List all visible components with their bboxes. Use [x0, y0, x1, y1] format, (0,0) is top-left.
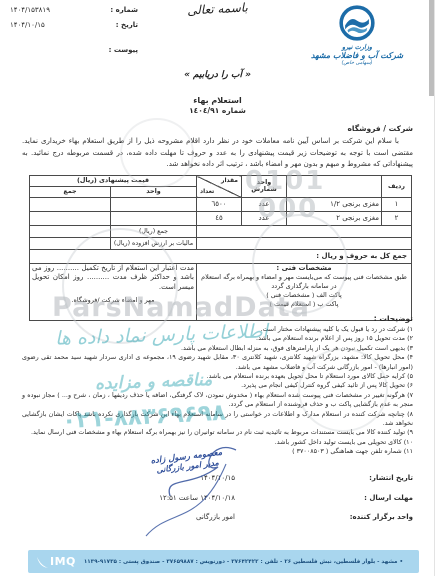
sum-row: جمع (ریال)	[29, 225, 411, 237]
header-price-total: جمع	[29, 187, 110, 198]
publish-date-label: تاریخ انتشار:	[235, 474, 413, 482]
note-item: ۶) تحویل کالا پس از تائید کیفی گروه کنتر…	[22, 381, 413, 390]
table-header-row-1: ردیف واحد شمارش مقدار تعداد قیمت پیشنهاد…	[29, 176, 411, 187]
header-quantity-diagonal: مقدار تعداد	[197, 176, 242, 198]
row-item-desc: مغزی برنجی ٢	[287, 211, 382, 225]
document-page: شماره : ۱۴۰۴/۱۵۳۸۱۹ تاریخ : ۱۴۰۴/۱۰/۱۵ پ…	[0, 0, 435, 576]
note-item: ۵) کرایه حمل کالای مورد استعلام تا محل ت…	[22, 372, 413, 381]
organizer-label: واحد برگزار کننده:	[235, 513, 413, 521]
imq-logo: IMQ	[36, 555, 76, 569]
table-row: ۲ مغزی برنجی ٢ عدد ٤٥	[29, 211, 411, 225]
intro-body-text: با سلام این شرکت بر اساس آیین نامه معامل…	[22, 137, 413, 168]
document-title-block: استعلام بهاء شماره ١٤٠٤/٩١	[0, 96, 435, 115]
row-total-price	[29, 197, 110, 211]
table-row: ۱ مغزی برنجی ١/٢ عدد ٦٥٠٠	[29, 197, 411, 211]
row-qty: ٦٥٠٠	[197, 197, 242, 211]
technical-specs-cell: مشخصات فنی : طبق مشخصات فنی پیوست که می‌…	[197, 263, 412, 320]
addressee-line: شرکت / فروشگاه	[347, 124, 413, 133]
water-company-logo-icon	[307, 4, 407, 42]
imq-logo-text: IMQ	[50, 555, 76, 568]
logo-ministry-text: وزارت نیرو	[307, 43, 407, 51]
row-unit-price	[111, 211, 197, 225]
intro-paragraph: با سلام این شرکت بر اساس آیین نامه معامل…	[22, 136, 413, 171]
logo-company-text: شرکت آب و فاضلاب مشهد	[307, 51, 407, 60]
sum-value	[29, 225, 110, 237]
validity-body: مدت اعتبار این استعلام از تاریخ تکمیل ..…	[32, 264, 194, 293]
specs-pocket-a: پاکت الف ( مشخصات فنی )	[199, 291, 409, 301]
note-item: ۲) مدت تحویل ۱۵ روز پس از اعلام برنده اس…	[22, 334, 413, 343]
row-no: ۲	[382, 211, 412, 225]
notes-heading: توضیحات :	[22, 314, 413, 323]
vat-row: مالیات بر ارزش افزوده (ریال)	[29, 237, 411, 249]
header-row-no: ردیف	[382, 176, 412, 198]
row-total-price	[29, 211, 110, 225]
row-unit: عدد	[242, 197, 287, 211]
validity-cell: مدت اعتبار این استعلام از تاریخ تکمیل ..…	[29, 263, 196, 320]
date-label: تاریخ :	[102, 21, 138, 29]
inquiry-number: شماره ١٤٠٤/٩١	[0, 106, 435, 115]
row-no: ۱	[382, 197, 412, 211]
water-slogan: « آب را دریابیم »	[0, 70, 435, 80]
stamp-signature-line: مهر و امضاء شرکت /فروشگاه.	[32, 296, 194, 306]
vat-label: مالیات بر ارزش افزوده (ریال)	[111, 237, 197, 249]
logo-subtitle-text: (سهامی خاص)	[307, 60, 407, 66]
deadline-label: مهلت ارسال :	[235, 494, 413, 502]
header-count-unit: واحد شمارش	[242, 176, 287, 198]
grand-total-label: جمع کل به حروف و ریال :	[29, 249, 411, 263]
price-inquiry-table: ردیف واحد شمارش مقدار تعداد قیمت پیشنهاد…	[29, 175, 412, 321]
header-qty-bottom: تعداد	[200, 188, 214, 196]
page-title: استعلام بهاء	[0, 96, 435, 105]
company-logo-block: وزارت نیرو شرکت آب و فاضلاب مشهد (سهامی …	[307, 4, 407, 66]
imq-swoosh-icon	[36, 555, 49, 569]
attachment-label: پیوست :	[102, 46, 138, 54]
footer-bar: IMQ • مشهد - بلوار فلسطین، نبش فلسطین ۲۶…	[28, 550, 419, 573]
specs-validity-row: مشخصات فنی : طبق مشخصات فنی پیوست که می‌…	[29, 263, 411, 320]
vat-value	[29, 237, 110, 249]
row-item-desc: مغزی برنجی ١/٢	[287, 197, 382, 211]
sum-row-spacer	[197, 225, 412, 237]
note-item: ۷) هرگونه تغییر در مشخصات فنی پیوست شده …	[22, 391, 413, 410]
header-qty-top: مقدار	[221, 177, 238, 185]
grand-total-row: جمع کل به حروف و ریال :	[29, 249, 411, 263]
specs-body: طبق مشخصات فنی پیوست که می‌بایست مهر و ا…	[199, 273, 409, 291]
note-item: ۴) محل تحویل کالا: مشهد، بزرگراه شهید کل…	[22, 353, 413, 372]
row-unit-price	[111, 197, 197, 211]
row-qty: ٤٥	[197, 211, 242, 225]
sum-label: جمع (ریال)	[111, 225, 197, 237]
header-item	[287, 176, 382, 198]
row-unit: عدد	[242, 211, 287, 225]
letterhead-attachment-row: پیوست :	[10, 46, 138, 54]
specs-pocket-b: پاکت ب ( استعلام قیمت )	[199, 300, 409, 310]
header-proposed-price: قیمت پیشنهادی (ریال)	[29, 176, 196, 187]
vat-row-spacer	[197, 237, 412, 249]
note-item: ۱) شرکت در رد یا قبول یک یا کلیه پیشنهاد…	[22, 325, 413, 334]
footer-address: • مشهد - بلوار فلسطین، نبش فلسطین ۲۶ - ت…	[76, 559, 411, 565]
note-item: ۸) چنانچه شرکت کننده در استعلام مدارک و …	[22, 410, 413, 429]
header-price-unit: واحد	[111, 187, 197, 198]
specs-heading: مشخصات فنی :	[199, 264, 409, 272]
note-item: ۳) بدیهی است تکمیل نبودن هر یک از پارامت…	[22, 344, 413, 353]
